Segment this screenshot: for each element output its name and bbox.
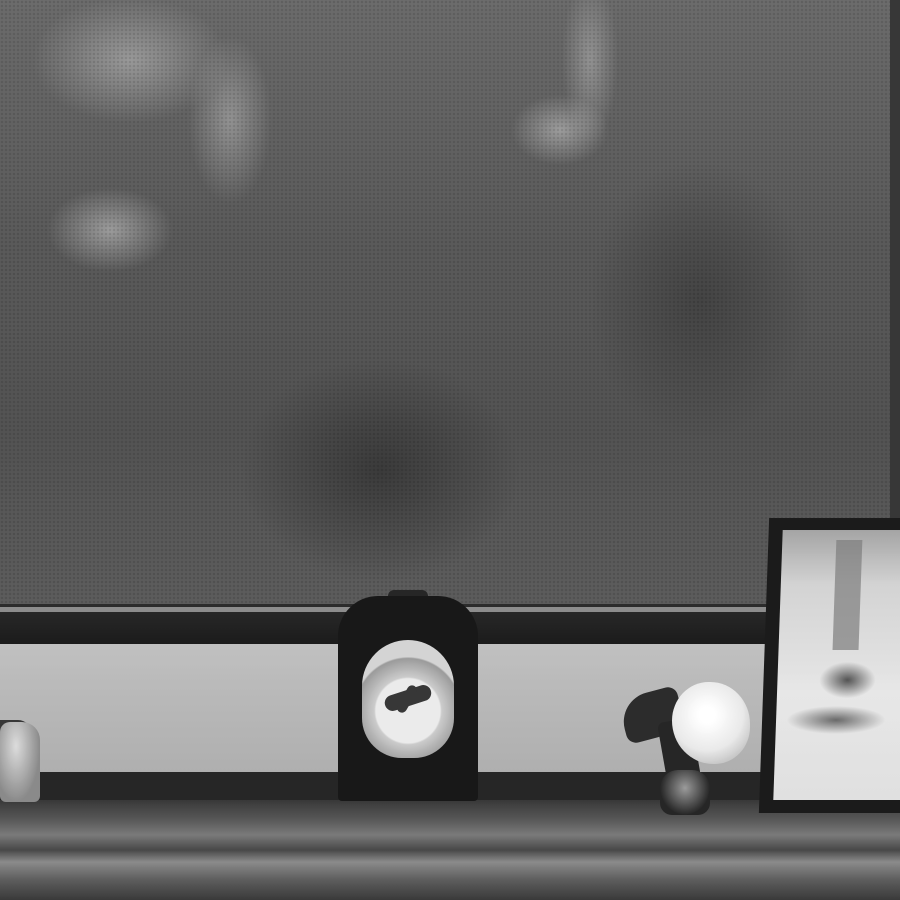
vase [660, 770, 710, 815]
window-view [0, 0, 900, 615]
rose [672, 682, 750, 764]
photograph [0, 0, 900, 900]
shelf [0, 800, 900, 900]
framed-picture [773, 530, 900, 800]
clock-face [362, 640, 454, 758]
covered-jar [0, 722, 40, 802]
